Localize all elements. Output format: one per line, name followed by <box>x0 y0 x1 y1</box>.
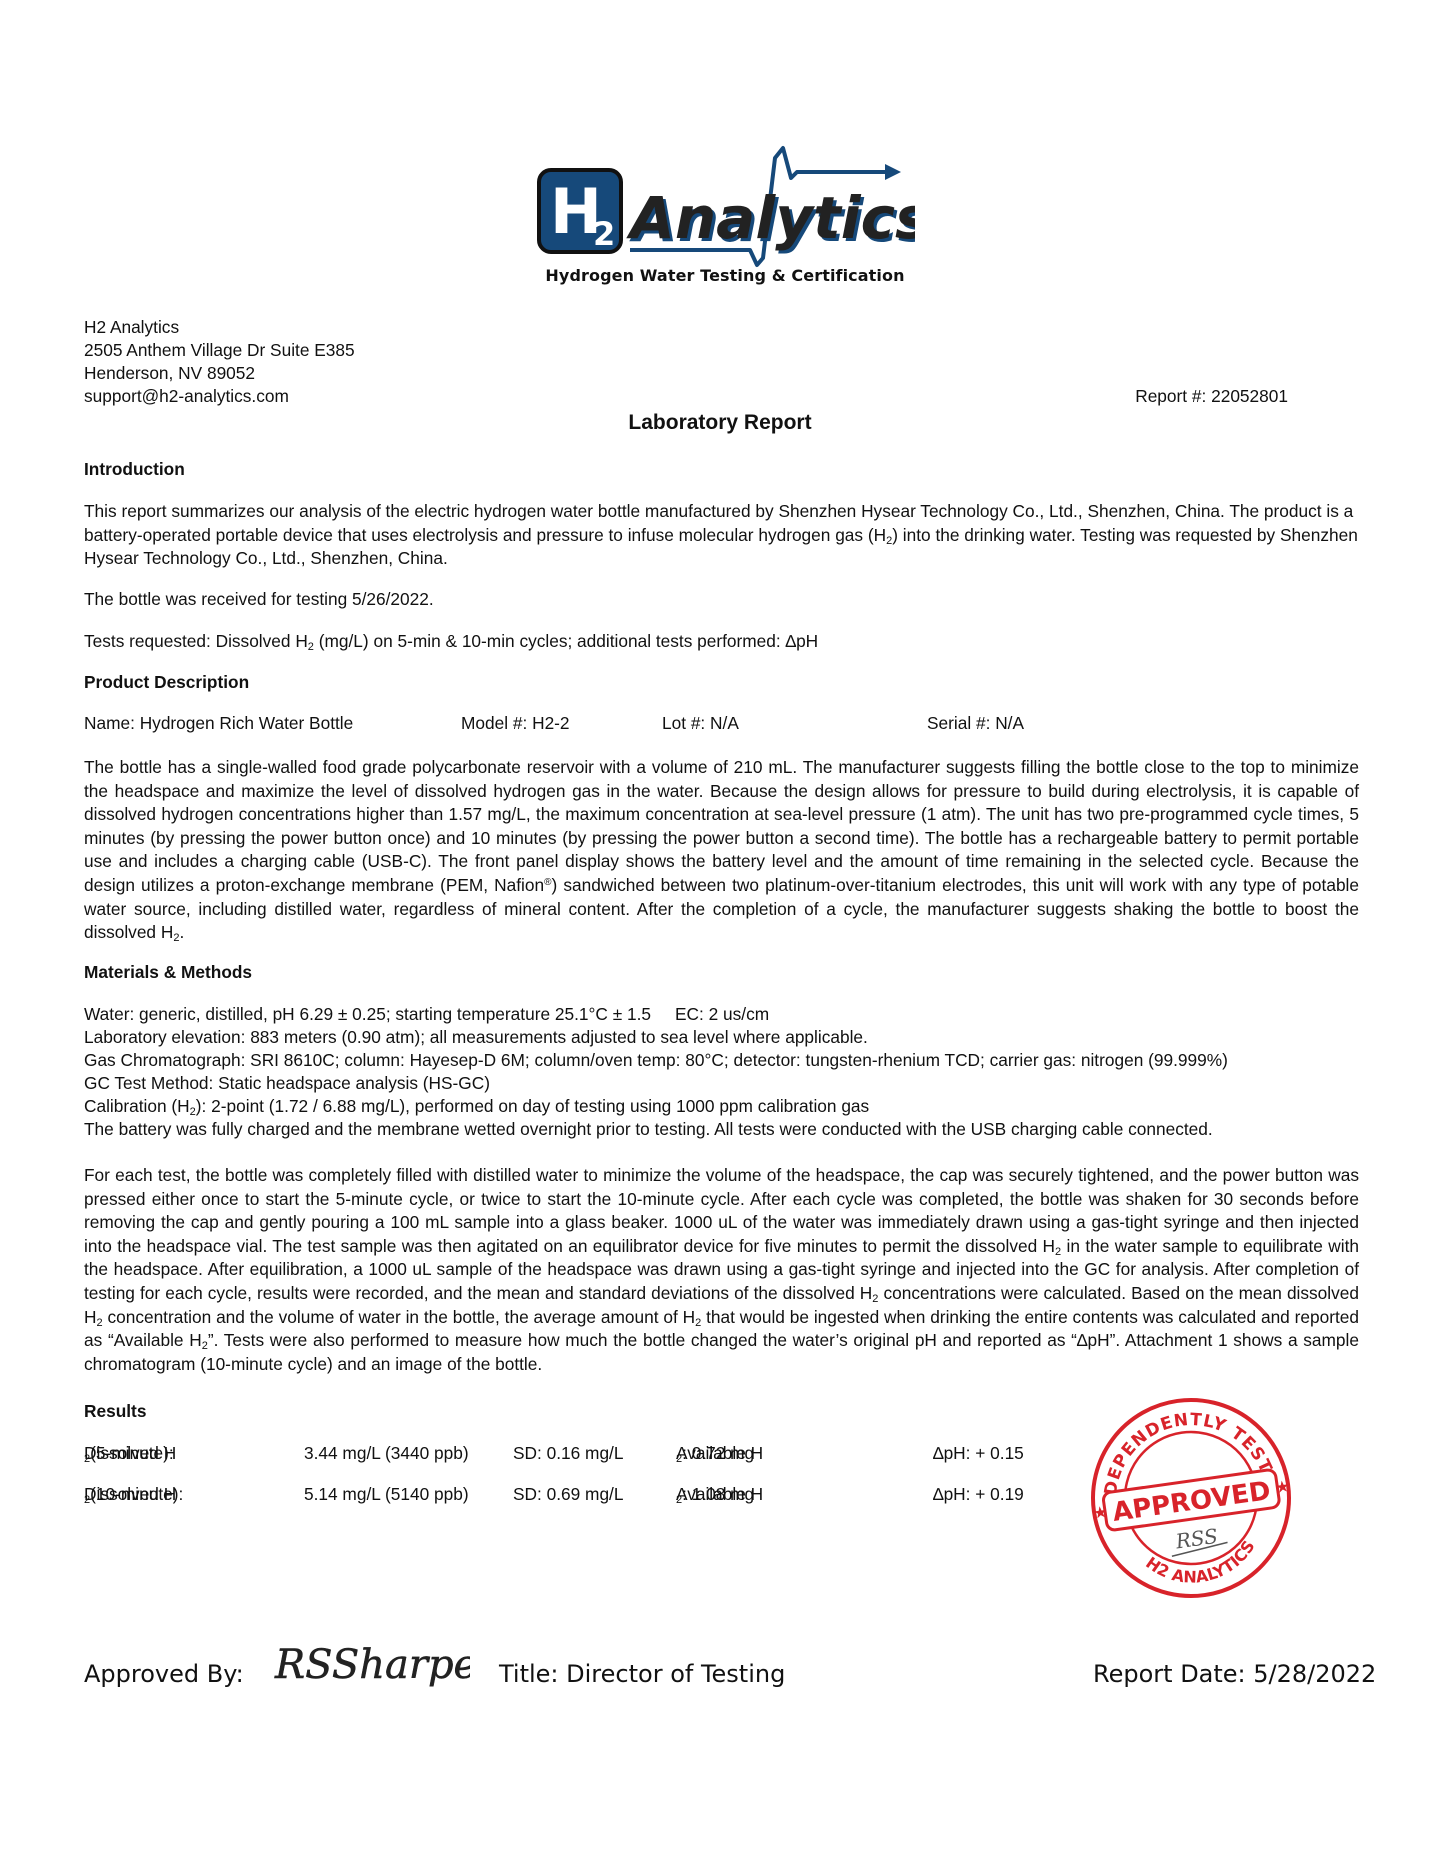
product-model: Model #: H2-2 <box>461 713 570 734</box>
product-info-row: Name: Hydrogen Rich Water Bottle Model #… <box>84 713 1359 737</box>
stamp-initials: RSS <box>1173 1524 1219 1554</box>
result-label: Dissolved H2 (10-minute): <box>84 1484 90 1505</box>
company-city: Henderson, NV 89052 <box>84 362 355 385</box>
result-concentration: 5.14 mg/L (5140 ppb) <box>304 1484 469 1505</box>
result-label: Dissolved H2 (5-minute): <box>84 1443 90 1464</box>
approved-by-label: Approved By: <box>84 1660 244 1688</box>
tests-requested-text: Tests requested: Dissolved H2 (mg/L) on … <box>84 630 1359 654</box>
result-concentration: 3.44 mg/L (3440 ppb) <box>304 1443 469 1464</box>
logo-wordmark: Analytics <box>626 184 915 252</box>
logo-sub: 2 <box>593 215 615 253</box>
methods-heading: Materials & Methods <box>84 962 252 983</box>
procedure-paragraph: For each test, the bottle was completely… <box>84 1164 1359 1376</box>
company-name: H2 Analytics <box>84 316 355 339</box>
product-serial: Serial #: N/A <box>927 713 1024 734</box>
introduction-heading: Introduction <box>84 459 185 480</box>
result-sd: SD: 0.69 mg/L <box>513 1484 623 1505</box>
svg-text:RSSharpe: RSSharpe <box>274 1642 470 1688</box>
result-available: Available H2: 0.72 mg <box>676 1443 682 1464</box>
method-battery: The battery was fully charged and the me… <box>84 1118 1359 1141</box>
result-row-10min: Dissolved H2 (10-minute): 5.14 mg/L (514… <box>84 1484 1084 1508</box>
results-heading: Results <box>84 1401 146 1422</box>
result-row-5min: Dissolved H2 (5-minute): 3.44 mg/L (3440… <box>84 1443 1084 1467</box>
received-date-text: The bottle was received for testing 5/26… <box>84 588 1359 612</box>
method-gc-test: GC Test Method: Static headspace analysi… <box>84 1072 1359 1095</box>
result-dph: ∆pH: + 0.15 <box>933 1443 1024 1464</box>
product-description-paragraph: The bottle has a single-walled food grad… <box>84 756 1359 945</box>
introduction-paragraph: This report summarizes our analysis of t… <box>84 500 1374 571</box>
methods-list: Water: generic, distilled, pH 6.29 ± 0.2… <box>84 1003 1359 1141</box>
product-description-heading: Product Description <box>84 672 249 693</box>
star-icon: ★ <box>1274 1478 1291 1497</box>
company-email[interactable]: support@h2-analytics.com <box>84 385 355 408</box>
approved-stamp: INDEPENDENTLY TESTED H2 ANALYTICS APPROV… <box>1086 1393 1296 1603</box>
product-name: Name: Hydrogen Rich Water Bottle <box>84 713 353 734</box>
star-icon: ★ <box>1092 1504 1109 1523</box>
method-calibration: Calibration (H2): 2-point (1.72 / 6.88 m… <box>84 1095 1359 1118</box>
report-date: Report Date: 5/28/2022 <box>1093 1660 1376 1688</box>
lab-report-page: H 2 Analytics Analytics Hydrogen Water T… <box>0 0 1440 1863</box>
method-water: Water: generic, distilled, pH 6.29 ± 0.2… <box>84 1003 1359 1026</box>
method-gc: Gas Chromatograph: SRI 8610C; column: Ha… <box>84 1049 1359 1072</box>
method-elevation: Laboratory elevation: 883 meters (0.90 a… <box>84 1026 1359 1049</box>
product-lot: Lot #: N/A <box>662 713 739 734</box>
result-dph: ∆pH: + 0.19 <box>933 1484 1024 1505</box>
logo-tagline: Hydrogen Water Testing & Certification <box>520 266 930 285</box>
result-available: Available H2: 1.08 mg <box>676 1484 682 1505</box>
signature: RSSharpe <box>270 1628 470 1708</box>
page-title: Laboratory Report <box>0 411 1440 435</box>
report-number: Report #: 22052801 <box>1135 386 1288 407</box>
result-sd: SD: 0.16 mg/L <box>513 1443 623 1464</box>
approver-title: Title: Director of Testing <box>499 1660 785 1688</box>
company-street: 2505 Anthem Village Dr Suite E385 <box>84 339 355 362</box>
h2-analytics-logo: H 2 Analytics Analytics <box>535 128 915 278</box>
company-address: H2 Analytics 2505 Anthem Village Dr Suit… <box>84 316 355 408</box>
